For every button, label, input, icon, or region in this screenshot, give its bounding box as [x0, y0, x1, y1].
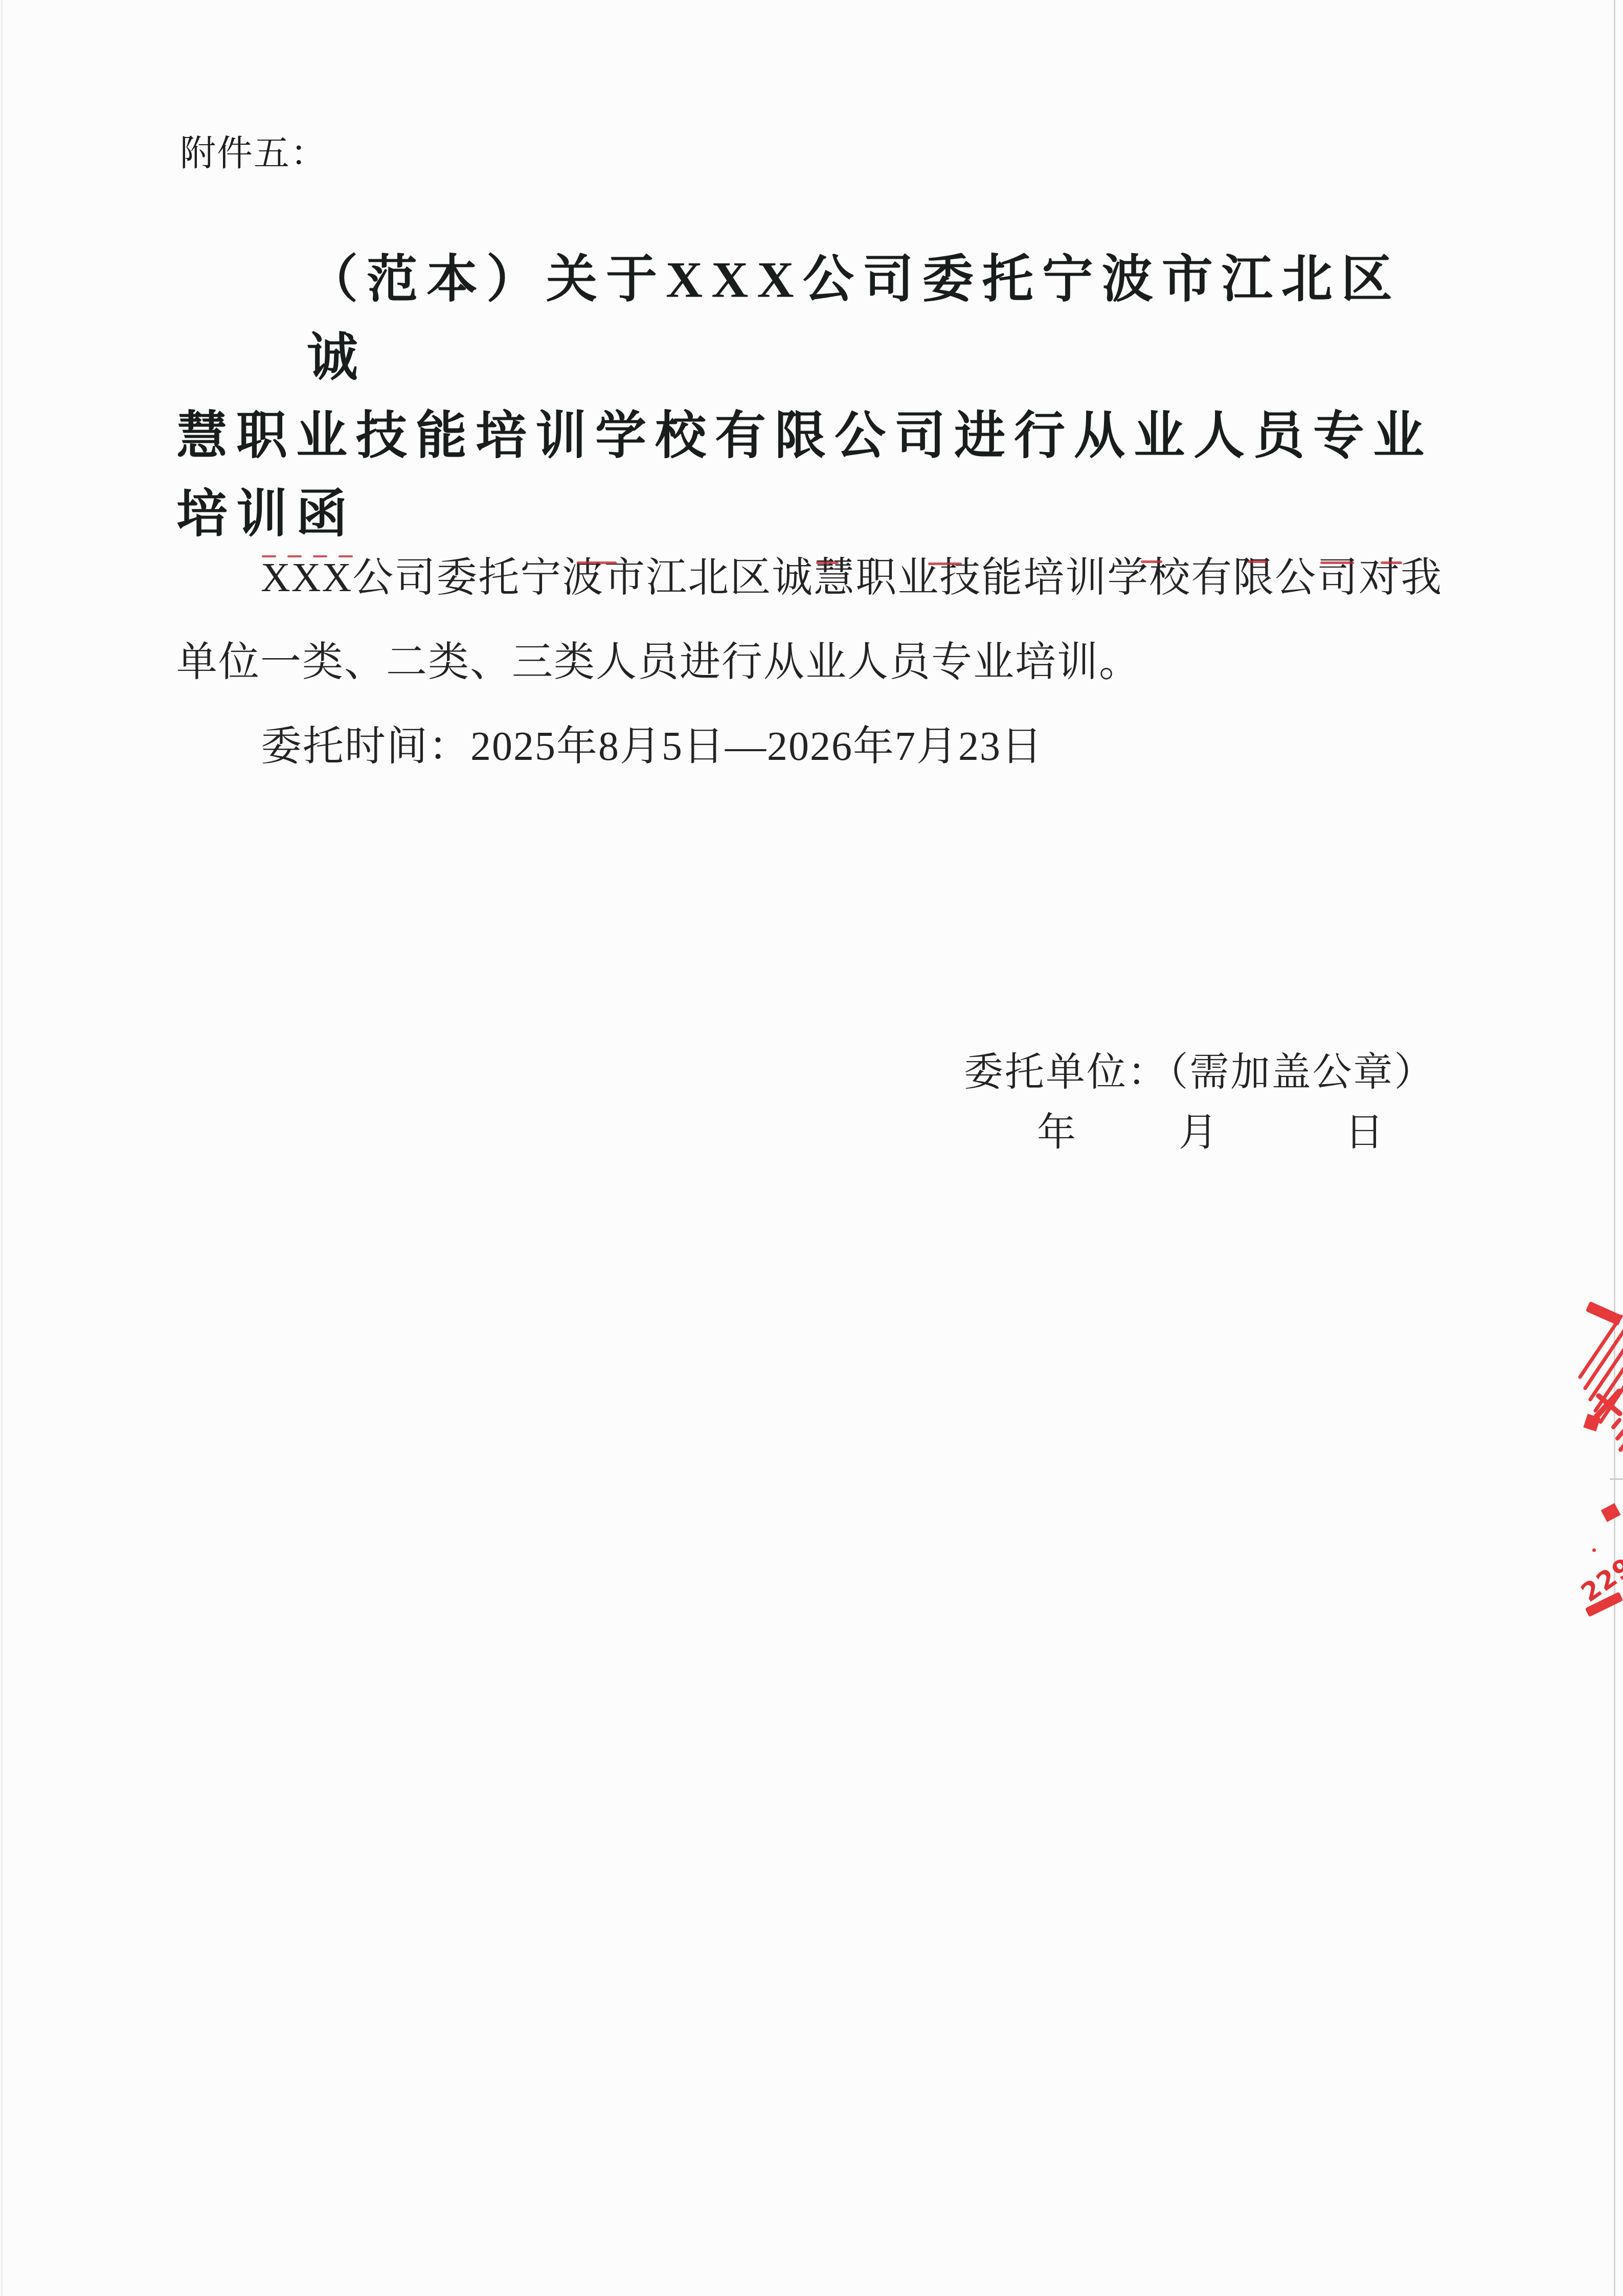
scan-artifact-red-mark — [1381, 561, 1402, 564]
scan-artifact-red-mark — [928, 562, 962, 565]
document-title-line-3: 培训函 — [176, 475, 1445, 553]
attachment-label: 附件五： — [180, 134, 327, 175]
document-title-line-2: 慧职业技能培训学校有限公司进行从业人员专业 — [176, 397, 1445, 475]
entrust-time-line: 委托时间：2025年8月5日—2026年7月23日 — [176, 718, 1570, 775]
scan-artifact-red-mark — [313, 555, 327, 557]
date-month-label: 月 — [1179, 1101, 1218, 1157]
scan-artifact-red-mark — [1248, 560, 1267, 563]
scan-artifact-red-mark — [262, 555, 276, 557]
stamp-dash — [1615, 1428, 1623, 1441]
scan-artifact-red-mark — [577, 561, 617, 564]
scan-artifact-red-mark — [1320, 561, 1354, 564]
page-edge-line-right — [1614, 0, 1615, 2296]
stamp-chevron — [1601, 1503, 1621, 1522]
body-line-1: XXX公司委托宁波市江北区诚慧职业技能培训学校有限公司对我 — [176, 550, 1570, 606]
scan-artifact-red-mark — [287, 555, 302, 557]
stamp-dash — [1611, 1417, 1622, 1430]
document-title: （范本）关于XXX公司委托宁波市江北区诚 慧职业技能培训学校有限公司进行从业人员… — [176, 240, 1445, 553]
scan-artifact-red-mark — [816, 561, 839, 564]
page-edge-line-left — [1, 0, 3, 2296]
scan-artifact-red-mark — [1141, 560, 1162, 563]
red-stamp: 229 — [1554, 1268, 1623, 1636]
document-page: 附件五： （范本）关于XXX公司委托宁波市江北区诚 慧职业技能培训学校有限公司进… — [0, 0, 1623, 2296]
stamp-dash — [1618, 1439, 1623, 1452]
signature-unit-line: 委托单位：（需加盖公章） — [964, 1041, 1435, 1097]
stamp-stripe — [1577, 1314, 1623, 1379]
date-day-label: 日 — [1345, 1101, 1384, 1157]
date-year-label: 年 — [1037, 1101, 1076, 1157]
document-title-line-1: （范本）关于XXX公司委托宁波市江北区诚 — [176, 240, 1445, 397]
scan-speck — [1592, 1548, 1596, 1552]
body-line-2: 单位一类、二类、三类人员进行从业人员专业培训。 — [176, 634, 1485, 690]
scan-artifact-red-mark — [339, 555, 353, 557]
